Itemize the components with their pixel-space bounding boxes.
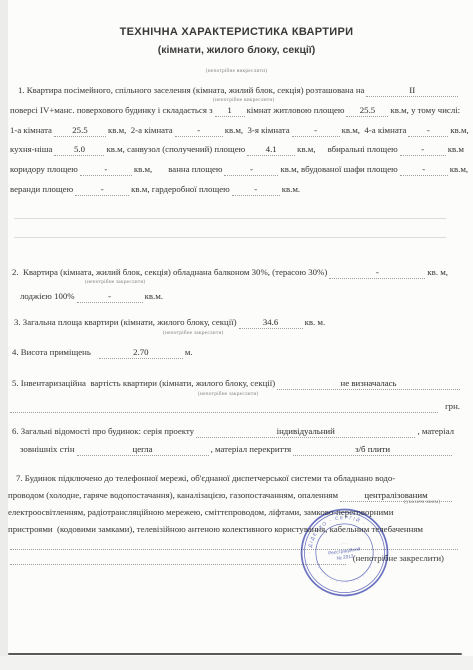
field-ceiling-height: 2.70 — [99, 347, 183, 359]
field-value: 4.1 — [266, 144, 277, 154]
item1-text: ванна площею — [168, 164, 222, 175]
field-value: - — [376, 267, 379, 277]
item1-text: поверсі ІV+манс. поверхового будинку і с… — [10, 105, 213, 116]
field-kitchen-area: 5.0 — [54, 144, 104, 156]
item6-text: зовнішніх стін — [20, 444, 75, 455]
currency-label: грн. — [445, 401, 460, 412]
item6-text: 6. Загальні відомості про будинок: серія… — [12, 426, 194, 437]
field-value: не визначалась — [341, 378, 397, 388]
item1-text: кв.м, 3-я кімната — [225, 125, 290, 136]
form-line-item4: 4. Висота приміщень2.70м. — [12, 347, 312, 359]
item1-text: кв.м, 2-а кімната — [108, 125, 173, 136]
item1-text: кв.м, — [297, 144, 315, 155]
item1-text: кімнат житловою площею — [247, 105, 345, 116]
item6-text: , матеріал перекриття — [211, 444, 292, 455]
item1-text: кухня-ніша — [10, 144, 52, 155]
field-value: 25.5 — [72, 125, 87, 135]
field-bath-area: - — [224, 164, 278, 176]
item3-text: кв. м. — [305, 317, 326, 328]
field-value: 1 — [227, 105, 231, 115]
field-value — [177, 553, 179, 563]
item6-text: , матеріал — [417, 426, 454, 437]
field-value — [223, 401, 225, 411]
item1-text: кв.м. — [282, 184, 300, 195]
field-value — [233, 538, 235, 548]
form-line-item1-2: поверсі ІV+манс. поверхового будинку і с… — [10, 105, 460, 117]
field-value: ІІ — [409, 85, 415, 95]
field-value: 25.5 — [360, 105, 375, 115]
field-living-area: 25.5 — [346, 105, 388, 117]
field-room4-area: - — [408, 125, 448, 137]
page-subtitle: (кімнати, жилого блоку, секції) — [0, 44, 473, 56]
field-value: - — [250, 164, 253, 174]
field-loggia-area: - — [77, 291, 143, 303]
note-cross-out: (непотрібне закреслити) — [85, 279, 146, 285]
item2-text: лоджією 100% — [20, 291, 75, 302]
note-cross-out: (непотрібне закреслити) — [198, 391, 259, 397]
field-wall-material: цегла — [77, 444, 209, 456]
field-value: 5.0 — [74, 144, 85, 154]
item1-text: веранди площею — [10, 184, 73, 195]
note-text: (непотрібне викреслити) — [206, 68, 267, 74]
form-line-item1-1: 1. Квартира посімейного, спільного засел… — [10, 85, 460, 97]
field-room3-area: - — [292, 125, 340, 137]
field-rooms-count: 1 — [215, 105, 245, 117]
field-sanunit-area: 4.1 — [247, 144, 295, 156]
form-line-item6-1: 6. Загальні відомості про будинок: серія… — [12, 426, 454, 438]
item1-text: кв.м, у тому числі: — [390, 105, 460, 116]
item1-text: кв.м, — [450, 164, 468, 175]
field-wardrobe-area: - — [232, 184, 280, 196]
note-cross-out: (непотрібне закреслити) — [163, 330, 224, 336]
field-value: - — [422, 164, 425, 174]
form-line-item1-4: кухня-ніша5.0кв.м, санвузол (сполучений)… — [10, 144, 460, 156]
blank-ruled-line — [14, 237, 446, 238]
field-value: - — [421, 144, 424, 154]
note-specify-which: (указати яким) — [404, 499, 440, 505]
item1-text: кв.м, — [134, 164, 152, 175]
field-value: - — [101, 184, 104, 194]
note-cross-out: (непотрібне викреслити) — [213, 97, 274, 103]
item1-text: кв.м, — [450, 125, 468, 136]
stamp-inner-top-text: · · · · · — [339, 541, 349, 546]
field-floor: ІІ — [366, 85, 458, 97]
form-line-item5: 5. Інвентаризаційна вартість квартири (к… — [12, 378, 462, 390]
item3-text: 3. Загальна площа квартири (кімнати, жил… — [14, 317, 237, 328]
item7-text: проводом (холодне, гаряче водопостачання… — [8, 490, 338, 501]
subtitle-note: (непотрібне викреслити) — [0, 59, 473, 77]
field-corridor-area: - — [80, 164, 132, 176]
form-line-item2-2: лоджією 100%-кв.м. — [20, 291, 320, 303]
blank-ruled-line — [14, 218, 446, 219]
field-inventory-value: не визначалась — [277, 378, 460, 390]
form-line-item3: 3. Загальна площа квартири (кімнати, жил… — [14, 317, 454, 329]
item1-text: кв.м, гардеробної площею — [131, 184, 230, 195]
form-line-item1-6: веранди площею-кв.м, гардеробної площею-… — [10, 184, 460, 196]
form-line-item1-5: коридору площею-кв.м,ванна площею-кв.м, … — [10, 164, 460, 176]
field-total-area: 34.6 — [239, 317, 303, 329]
item1-text: 1-а кімната — [10, 125, 52, 136]
field-room1-area: 25.5 — [54, 125, 106, 137]
item1-text: кв.м — [448, 144, 464, 155]
field-wc-area: - — [400, 144, 446, 156]
item1-text: вбиральні площею — [328, 144, 398, 155]
field-floor-material: з/б плити — [293, 444, 452, 456]
field-value: - — [254, 184, 257, 194]
scanned-form-page: ТЕХНІЧНА ХАРАКТЕРИСТИКА КВАРТИРИ (кімнат… — [0, 0, 473, 670]
scan-edge-shadow — [0, 0, 8, 670]
item4-text: 4. Висота приміщень — [12, 347, 91, 358]
field-room2-area: - — [175, 125, 223, 137]
field-veranda-area: - — [75, 184, 129, 196]
field-value: з/б плити — [355, 444, 390, 454]
item7-text: 7. Будинок підключено до телефонної мере… — [16, 473, 395, 484]
field-balcony-area: - — [329, 267, 425, 279]
item2-text: 2. Квартира (кімната, жилий блок, секція… — [12, 267, 327, 278]
field-value: 2.70 — [133, 347, 148, 357]
item1-text: коридору площею — [10, 164, 78, 175]
item1-text: кв.м, санвузол (сполучений) площею — [106, 144, 245, 155]
field-project-series: індивідуальний — [196, 426, 415, 438]
field-value: - — [427, 125, 430, 135]
field-value: - — [314, 125, 317, 135]
field-value: індивідуальний — [277, 426, 335, 436]
item2-text: кв. м, — [427, 267, 448, 278]
item4-text: м. — [185, 347, 193, 358]
item2-text: кв.м. — [145, 291, 163, 302]
scan-background — [0, 656, 473, 670]
form-line-item2-1: 2. Квартира (кімната, жилий блок, секція… — [12, 267, 448, 279]
field-value: цегла — [133, 444, 153, 454]
item1-text: кв.м, 4-а кімната — [342, 125, 407, 136]
field-value: - — [197, 125, 200, 135]
form-line-item6-2: зовнішніх стінцегла, матеріал перекриття… — [20, 444, 454, 456]
registration-stamp: · ДІДЕНКО · СЕРГІЙ · · · · · · · · · · ·… — [285, 493, 404, 612]
stamp-inner-bottom-text: · · · · · — [341, 562, 351, 567]
item1-text: кв.м, вбудованої шафи площею — [280, 164, 397, 175]
page-title: ТЕХНІЧНА ХАРАКТЕРИСТИКА КВАРТИРИ — [0, 26, 473, 38]
item1-text: 1. Квартира посімейного, спільного засел… — [18, 85, 364, 96]
item5-text: 5. Інвентаризаційна вартість квартири (к… — [12, 378, 275, 389]
field-closet-area: - — [400, 164, 448, 176]
form-line-item7-1: 7. Будинок підключено до телефонної мере… — [8, 473, 454, 484]
field-value: - — [108, 291, 111, 301]
form-line-currency: грн. — [8, 401, 460, 413]
scan-page-edge — [8, 653, 462, 655]
field-value: - — [104, 164, 107, 174]
form-line-item1-3: 1-а кімната25.5кв.м, 2-а кімната-кв.м, 3… — [10, 125, 460, 137]
field-value-line — [10, 401, 438, 413]
field-value: 34.6 — [263, 317, 278, 327]
